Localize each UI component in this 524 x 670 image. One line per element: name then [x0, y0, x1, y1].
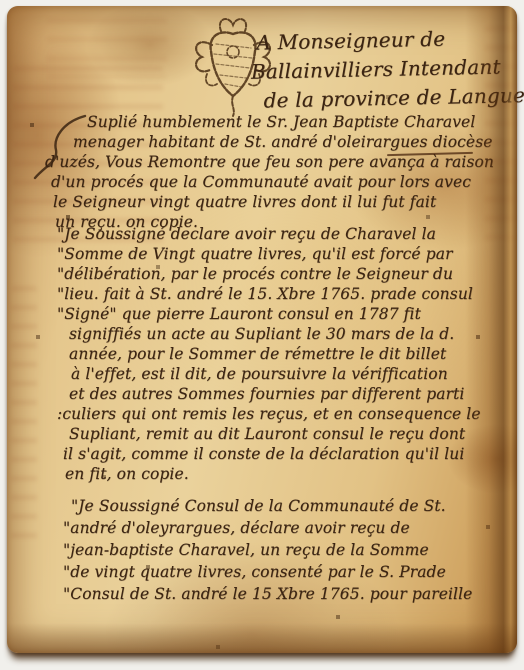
bleedthrough-ghost-text — [11, 286, 37, 546]
manuscript-line: année, pour le Sommer de rémettre le dit… — [69, 344, 502, 364]
manuscript-line: "Consul de St. andré le 15 Xbre 1765. po… — [63, 583, 503, 605]
manuscript-page: A Monseigneur de Ballainvilliers Intenda… — [7, 6, 517, 653]
manuscript-line: "de vingt quatre livres, consenté par le… — [63, 561, 503, 583]
manuscript-line: :culiers qui ont remis les reçus, et en … — [57, 404, 502, 424]
manuscript-line: "Je Soussigné declare avoir reçu de Char… — [57, 224, 502, 244]
manuscript-line: signiffiés un acte au Supliant le 30 mar… — [69, 324, 502, 344]
manuscript-line: d'un procés que la Communauté avait pour… — [51, 172, 497, 192]
page-edge-shading — [7, 623, 517, 653]
manuscript-line: et des autres Sommes fournies par differ… — [69, 384, 502, 404]
manuscript-line: il s'agit, comme il conste de la déclara… — [63, 444, 502, 464]
manuscript-line: "délibération, par le procés contre le S… — [57, 264, 502, 284]
manuscript-line: Suplié humblement le Sr. Jean Baptiste C… — [87, 112, 497, 132]
ink-specks — [7, 6, 9, 8]
manuscript-line: menager habitant de St. andré d'oleirarg… — [73, 132, 497, 152]
quoted-receipt-paragraph-2: "Je Soussigné Consul de la Communauté de… — [63, 495, 503, 605]
petition-paragraph: Suplié humblement le Sr. Jean Baptiste C… — [45, 112, 497, 232]
quoted-receipt-paragraph: "Je Soussigné declare avoir reçu de Char… — [57, 224, 502, 484]
manuscript-line: Supliant, remit au dit Lauront consul le… — [69, 424, 502, 444]
scanned-manuscript: { "document": { "type": "handwritten man… — [0, 0, 524, 670]
manuscript-line: "andré d'oleyrargues, déclare avoir reçu… — [63, 517, 503, 539]
bleedthrough-ghost-text — [47, 18, 167, 78]
manuscript-line: le Seigneur vingt quatre livres dont il … — [53, 192, 497, 212]
manuscript-line: "Signé" que pierre Lauront consul en 178… — [57, 304, 502, 324]
manuscript-line: "Somme de Vingt quatre livres, qu'il est… — [57, 244, 502, 264]
manuscript-line: "lieu. fait à St. andré le 15. Xbre 1765… — [57, 284, 502, 304]
manuscript-line: "jean-baptiste Charavel, un reçu de la S… — [63, 539, 503, 561]
manuscript-line: à l'effet, est il dit, de poursuivre la … — [71, 364, 502, 384]
manuscript-line: "Je Soussigné Consul de la Communauté de… — [71, 495, 503, 517]
page-edge-shading — [465, 6, 517, 653]
manuscript-line: en fit, on copie. — [65, 464, 502, 484]
